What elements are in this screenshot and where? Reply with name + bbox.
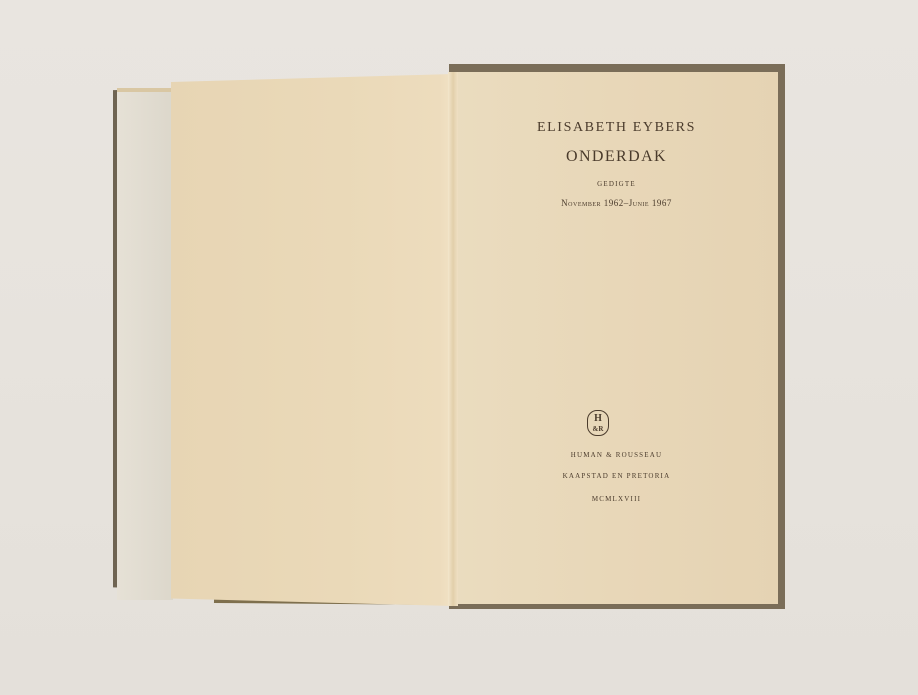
flyleaf bbox=[117, 92, 173, 600]
publication-year: MCMLXVIII bbox=[455, 495, 778, 503]
monogram-top: H bbox=[594, 413, 602, 425]
book-title: ONDERDAK bbox=[455, 148, 778, 166]
book-subtitle: GEDIGTE bbox=[455, 180, 778, 188]
publication-place: KAAPSTAD EN PRETORIA bbox=[455, 472, 778, 480]
monogram-bottom: &R bbox=[593, 425, 604, 433]
publisher-name: HUMAN & ROUSSEAU bbox=[455, 451, 778, 459]
title-page-text: ELISABETH EYBERS ONDERDAK GEDIGTE Novemb… bbox=[455, 72, 778, 604]
photo-scene: ELISABETH EYBERS ONDERDAK GEDIGTE Novemb… bbox=[0, 0, 918, 695]
publisher-monogram-icon: H &R bbox=[587, 410, 609, 436]
left-endpaper bbox=[171, 74, 454, 606]
author-name: ELISABETH EYBERS bbox=[455, 120, 778, 136]
date-range: November 1962–Junie 1967 bbox=[455, 198, 778, 208]
